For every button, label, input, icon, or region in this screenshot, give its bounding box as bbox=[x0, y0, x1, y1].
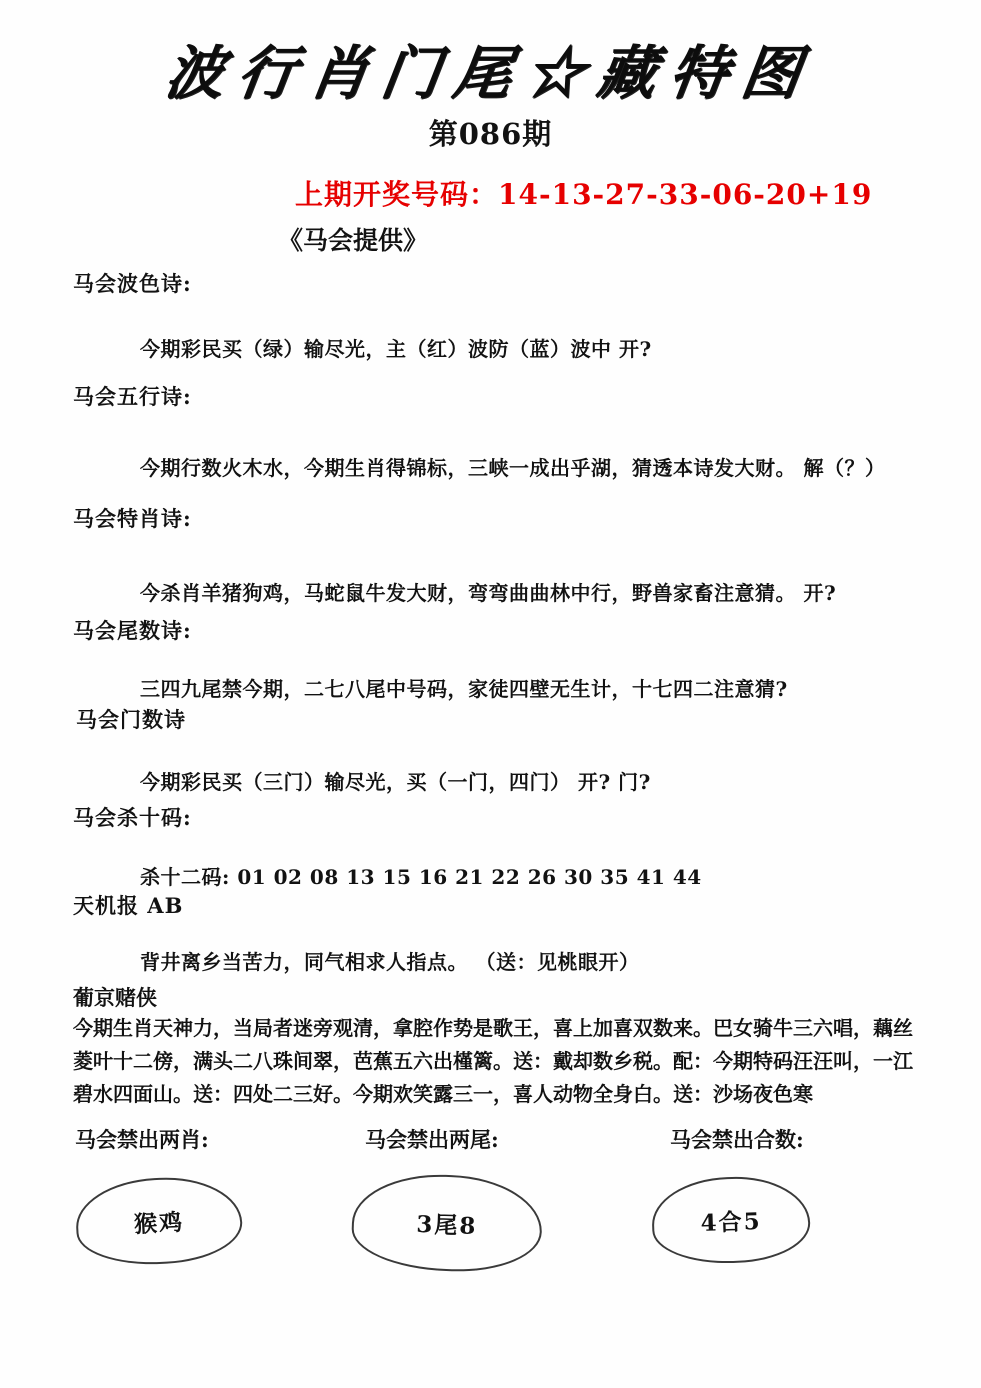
shashima-heading: 马会杀十码: bbox=[73, 802, 192, 832]
texiao-poem-heading: 马会特肖诗: bbox=[73, 503, 192, 533]
ban-two-tails-oval: 3尾8 bbox=[350, 1172, 543, 1275]
ban-two-zodiac-value: 猴鸡 bbox=[133, 1203, 185, 1239]
pujing-line-1: 今期生肖天神力，当局者迷旁观清，拿腔作势是歌王，喜上加喜双数来。巴女骑牛三六唱，… bbox=[73, 1016, 913, 1040]
wuxing-poem-heading: 马会五行诗: bbox=[73, 381, 192, 411]
texiao-poem-line: 今杀肖羊猪狗鸡，马蛇鼠牛发大财，弯弯曲曲林中行，野兽家畜注意猜。 开? bbox=[140, 577, 836, 606]
tianjibao-line: 背井离乡当苦力，同气相求人指点。 （送：见桃眼开） bbox=[140, 946, 639, 975]
pujing-paragraph: 今期生肖天神力，当局者迷旁观清，拿腔作势是歌王，喜上加喜双数来。巴女骑牛三六唱，… bbox=[73, 1012, 918, 1111]
tianjibao-heading: 天机报 AB bbox=[73, 890, 183, 920]
ban-two-tails-label: 马会禁出两尾: bbox=[365, 1124, 499, 1154]
wuxing-poem-line: 今期行数火木水，今期生肖得锦标，三峡一成出乎湖，猜透本诗发大财。 解（？） bbox=[140, 452, 885, 481]
pujing-line-2: 菱叶十二傍，满头二八珠间翠，芭蕉五六出槿篱。送：戴却数乡税。配：今期特码汪汪叫，… bbox=[73, 1049, 913, 1073]
ban-two-zodiac-oval: 猴鸡 bbox=[74, 1174, 244, 1269]
ban-sum-oval: 4合5 bbox=[651, 1174, 812, 1265]
bose-poem-line: 今期彩民买（绿）输尽光，主（红）波防（蓝）波中 开? bbox=[140, 333, 652, 362]
pujing-line-3: 碧水四面山。送：四处二三好。今期欢笑露三一，喜人动物全身白。送：沙场夜色寒 bbox=[73, 1082, 813, 1106]
pujing-heading: 葡京赌侠 bbox=[73, 982, 157, 1012]
page-title: 波行肖门尾☆藏特图 bbox=[0, 26, 981, 110]
bose-poem-heading: 马会波色诗: bbox=[73, 268, 192, 298]
provider-label: 《马会提供》 bbox=[278, 221, 428, 257]
menshu-poem-line: 今期彩民买（三门）输尽光，买（一门，四门） 开? 门? bbox=[140, 766, 651, 795]
ban-sum-value: 4合5 bbox=[700, 1202, 762, 1237]
ban-two-zodiac-label: 马会禁出两肖: bbox=[75, 1124, 209, 1154]
ban-sum-label: 马会禁出合数: bbox=[670, 1124, 804, 1154]
ban-two-tails-value: 3尾8 bbox=[416, 1205, 478, 1240]
menshu-poem-heading: 马会门数诗 bbox=[76, 704, 186, 734]
shashima-numbers: 杀十二码: 01 02 08 13 15 16 21 22 26 30 35 4… bbox=[140, 861, 702, 890]
issue-number: 第086期 bbox=[0, 112, 981, 153]
tip-sheet-page: 波行肖门尾☆藏特图 第086期 上期开奖号码：14-13-27-33-06-20… bbox=[0, 0, 981, 1388]
weishu-poem-heading: 马会尾数诗: bbox=[73, 615, 192, 645]
last-draw-numbers: 上期开奖号码：14-13-27-33-06-20+19 bbox=[295, 173, 872, 213]
weishu-poem-line: 三四九尾禁今期，二七八尾中号码，家徒四壁无生计，十七四二注意猜? bbox=[140, 673, 788, 702]
